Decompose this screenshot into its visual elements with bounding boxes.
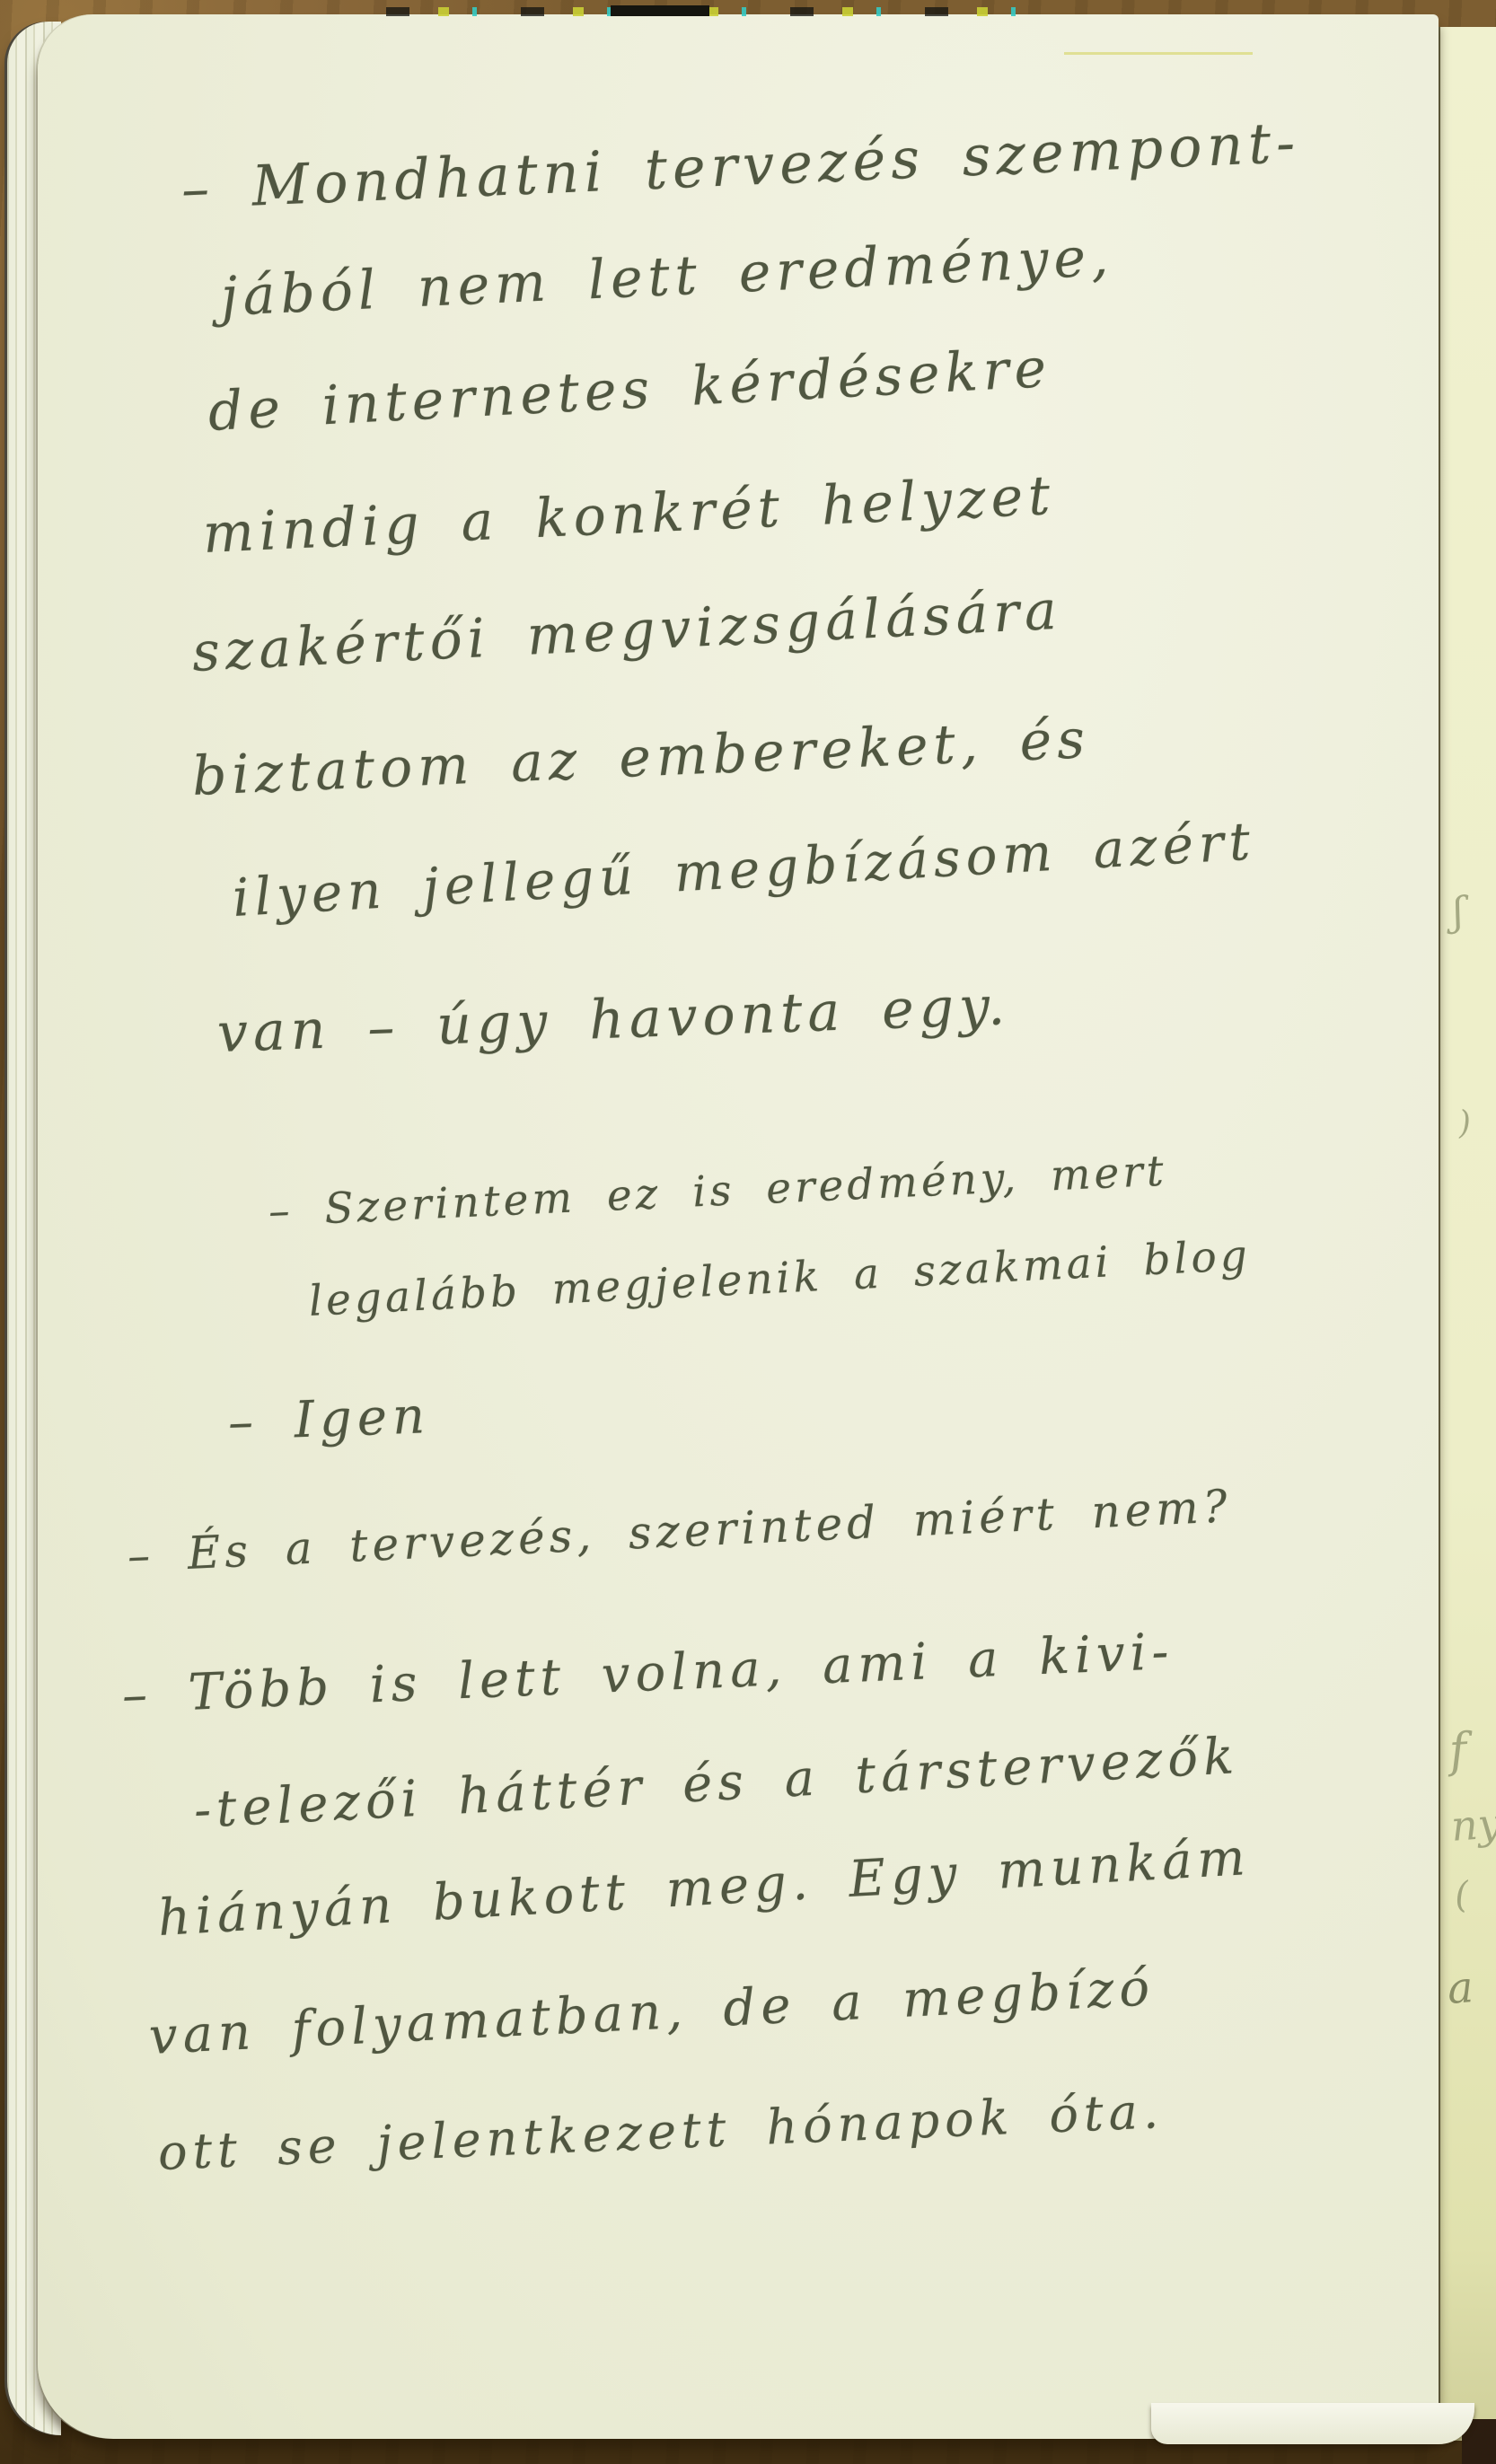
handwritten-line: – Szerintem ez is eredmény, mert xyxy=(268,1147,1168,1236)
handwritten-line: ilyen jellegű megbízásom azért xyxy=(231,810,1257,928)
handwritten-line: szakértői megvizsgálására xyxy=(190,579,1063,684)
handwritten-line: de internetes kérdésekre xyxy=(207,337,1052,444)
ink-fragment: ) xyxy=(1457,1104,1473,1142)
handwritten-line: – És a tervezés, szerinted miért nem? xyxy=(127,1480,1233,1582)
handwritten-line: – Mondhatni tervezés szempont- xyxy=(180,110,1301,222)
handwritten-line: hiányán bukott meg. Egy munkám xyxy=(156,1828,1252,1948)
handwritten-line: van – úgy havonta egy. xyxy=(216,974,1011,1065)
handwritten-line: – Igen xyxy=(227,1386,431,1452)
ink-fragment: ʃ xyxy=(1451,889,1465,936)
paper-edge-highlight xyxy=(1064,52,1253,55)
handwritten-line: – Több is lett volna, ami a kivi- xyxy=(121,1623,1175,1725)
ink-fragment: f xyxy=(1448,1723,1468,1778)
ink-fragment: a xyxy=(1446,1962,1474,2014)
handwritten-line: van folyamatban, de a megbízó xyxy=(147,1958,1156,2066)
handwritten-line: jából nem lett eredménye, xyxy=(219,225,1114,329)
facing-page-edge: ʃ ) f ny ( a xyxy=(1438,27,1496,2441)
ink-fragment: ny xyxy=(1449,1799,1496,1851)
handwritten-line: -telezői háttér és a társtervezők xyxy=(192,1727,1240,1840)
handwritten-line: legalább megjelenik a szakmai blog xyxy=(308,1231,1252,1326)
scan-artifact-dash xyxy=(611,5,709,16)
handwritten-line: ott se jelentkezett hónapok óta. xyxy=(157,2082,1165,2181)
page-curl-edge xyxy=(1151,2403,1474,2444)
scan-artifact-strip xyxy=(386,7,1033,16)
ink-fragment: ( xyxy=(1453,1875,1470,1917)
handwritten-line: mindig a konkrét helyzet xyxy=(201,464,1056,566)
notebook-photo: ʃ ) f ny ( a – Mondhatni tervezés szempo… xyxy=(0,0,1496,2464)
handwritten-line: biztatom az embereket, és xyxy=(191,708,1092,808)
notebook-page: – Mondhatni tervezés szempont- jából nem… xyxy=(38,14,1439,2439)
